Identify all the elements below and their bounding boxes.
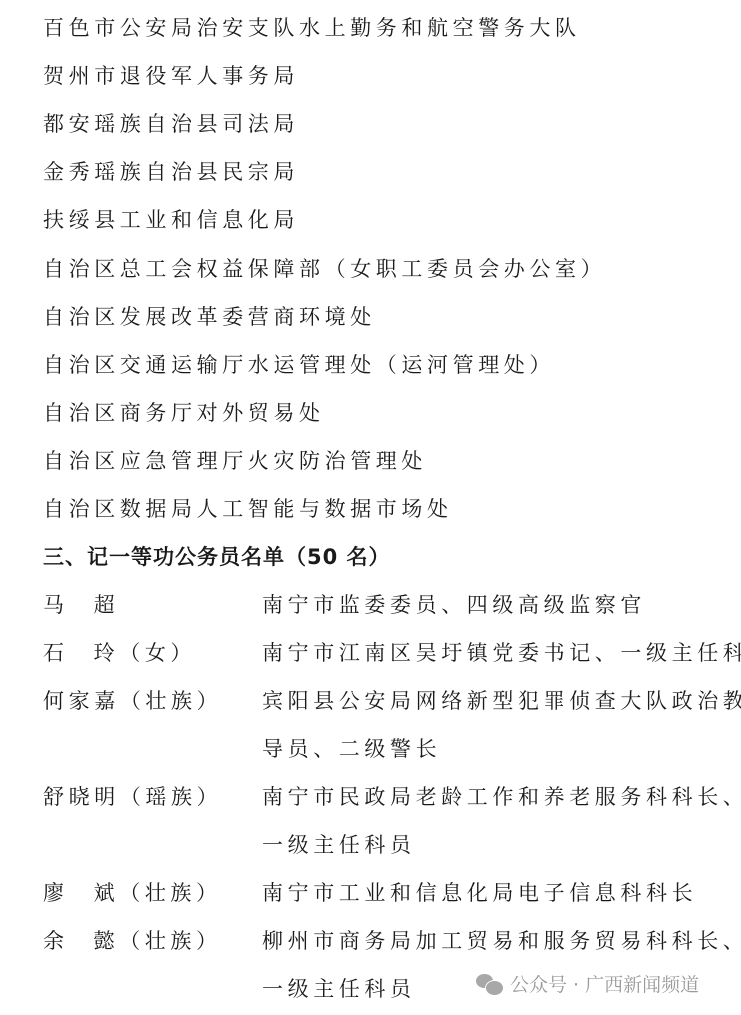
person-position-cont: 导员、二级警长 bbox=[262, 735, 441, 763]
name-part: 石 bbox=[43, 641, 69, 665]
person-position-cont: 一级主任科员 bbox=[262, 831, 416, 859]
person-note: （壮族） bbox=[119, 929, 221, 953]
unit-item: 自治区应急管理厅火灾防治管理处 bbox=[43, 447, 427, 475]
name-part: 超 bbox=[94, 593, 120, 617]
name-part: 懿 bbox=[94, 929, 120, 953]
unit-item: 自治区总工会权益保障部（女职工委员会办公室） bbox=[43, 255, 606, 283]
person-position: 南宁市民政局老龄工作和养老服务科科长、 bbox=[262, 783, 741, 811]
name-part: 余 bbox=[43, 929, 69, 953]
person-name: 舒晓明（瑶族） bbox=[43, 783, 222, 811]
unit-item: 都安瑶族自治县司法局 bbox=[43, 110, 299, 138]
person-position: 南宁市江南区吴圩镇党委书记、一级主任科员 bbox=[262, 639, 741, 667]
person-name: 马超 bbox=[43, 591, 119, 619]
name-part: 廖 bbox=[43, 881, 69, 905]
person-position: 南宁市工业和信息化局电子信息科科长 bbox=[262, 879, 697, 907]
watermark: 公众号 · 广西新闻频道 bbox=[476, 970, 699, 997]
person-note: （壮族） bbox=[120, 689, 222, 713]
person-note: （女） bbox=[119, 641, 196, 665]
unit-item: 自治区数据局人工智能与数据市场处 bbox=[43, 495, 453, 523]
unit-item: 自治区发展改革委营商环境处 bbox=[43, 303, 376, 331]
unit-item: 贺州市退役军人事务局 bbox=[43, 62, 299, 90]
person-position-cont: 一级主任科员 bbox=[262, 975, 416, 1003]
document-page: 百色市公安局治安支队水上勤务和航空警务大队 贺州市退役军人事务局 都安瑶族自治县… bbox=[0, 0, 741, 1015]
unit-item: 自治区交通运输厅水运管理处（运河管理处） bbox=[43, 351, 555, 379]
section-heading: 三、记一等功公务员名单（50 名） bbox=[43, 543, 391, 571]
name-part: 马 bbox=[43, 593, 69, 617]
person-position: 南宁市监委委员、四级高级监察官 bbox=[262, 591, 646, 619]
person-note: （瑶族） bbox=[120, 785, 222, 809]
unit-item: 扶绥县工业和信息化局 bbox=[43, 206, 299, 234]
person-name: 余懿（壮族） bbox=[43, 927, 222, 955]
person-name: 廖斌（壮族） bbox=[43, 879, 222, 907]
name-part: 斌 bbox=[94, 881, 120, 905]
name-part: 玲 bbox=[94, 641, 120, 665]
unit-item: 金秀瑶族自治县民宗局 bbox=[43, 158, 299, 186]
unit-item: 百色市公安局治安支队水上勤务和航空警务大队 bbox=[43, 14, 581, 42]
person-name: 何家嘉（壮族） bbox=[43, 687, 222, 715]
person-position: 柳州市商务局加工贸易和服务贸易科科长、 bbox=[262, 927, 741, 955]
wechat-icon bbox=[476, 972, 504, 996]
person-name: 石玲（女） bbox=[43, 639, 196, 667]
unit-item: 自治区商务厅对外贸易处 bbox=[43, 399, 325, 427]
name-part: 舒晓明 bbox=[43, 785, 120, 809]
watermark-text: 公众号 · 广西新闻频道 bbox=[510, 970, 699, 997]
person-note: （壮族） bbox=[119, 881, 221, 905]
person-position: 宾阳县公安局网络新型犯罪侦查大队政治教 bbox=[262, 687, 741, 715]
name-part: 何家嘉 bbox=[43, 689, 120, 713]
